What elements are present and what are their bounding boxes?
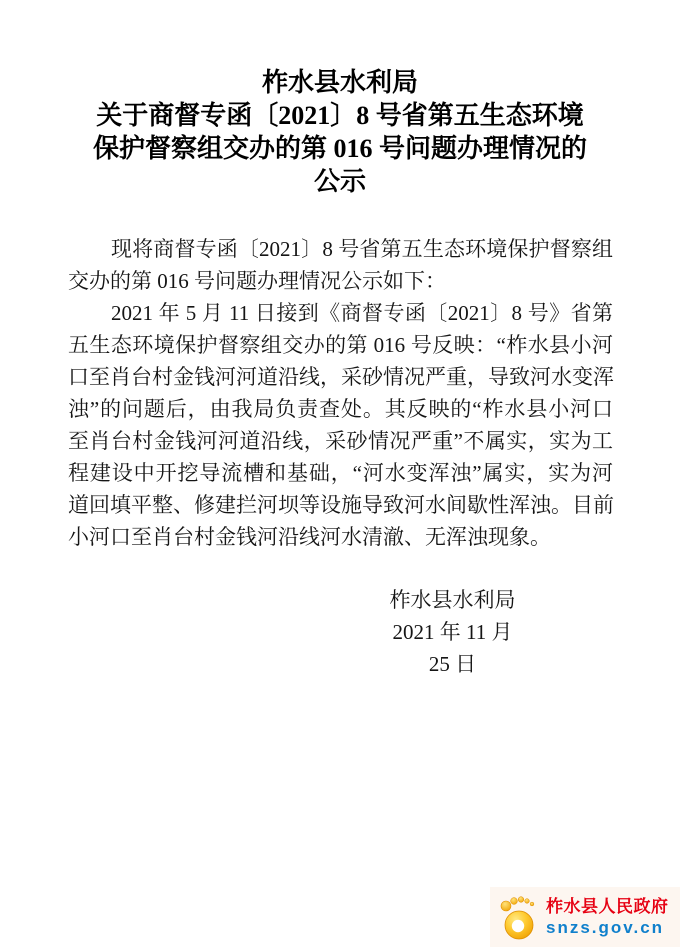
title-line: 柞水县水利局 [40,66,640,99]
body-line: 口至肖台村金钱河河道沿线，采砂情况严重，导致河水变浑 [68,361,613,393]
signature-org: 柞水县水利局 [380,584,525,616]
body-line: 程建设中开挖导流槽和基础，“河水变浑浊”属实，实为河 [68,457,613,489]
body-line: 2021 年 5 月 11 日接到《商督专函〔2021〕8 号》省第 [68,297,613,329]
document-title: 柞水县水利局 关于商督专函〔2021〕8 号省第五生态环境 保护督察组交办的第 … [40,66,640,198]
body-line: 现将商督专函〔2021〕8 号省第五生态环境保护督察组 [68,233,613,265]
signature-block: 柞水县水利局 2021 年 11 月 25 日 [380,584,525,680]
body-line: 至肖台村金钱河河道沿线，采砂情况严重”不属实，实为工 [68,425,613,457]
gov-site-url: snzs.gov.cn [546,917,669,939]
gov-site-name: 柞水县人民政府 [546,896,669,917]
paragraph-1: 现将商督专函〔2021〕8 号省第五生态环境保护督察组 交办的第 016 号问题… [68,233,613,297]
body-line: 五生态环境保护督察组交办的第 016 号反映：“柞水县小河 [68,329,613,361]
watermark-text: 柞水县人民政府 snzs.gov.cn [546,896,669,939]
title-line: 关于商督专函〔2021〕8 号省第五生态环境 [40,99,640,132]
gov-watermark-badge: 柞水县人民政府 snzs.gov.cn [490,887,680,947]
document-body: 现将商督专函〔2021〕8 号省第五生态环境保护督察组 交办的第 016 号问题… [68,233,613,553]
footprint-logo-icon [498,894,536,940]
title-line: 保护督察组交办的第 016 号问题办理情况的 [40,132,640,165]
body-line: 浊”的问题后，由我局负责查处。其反映的“柞水县小河口 [68,393,613,425]
signature-date: 2021 年 11 月 25 日 [380,616,525,680]
body-line: 交办的第 016 号问题办理情况公示如下： [68,265,613,297]
body-line: 道回填平整、修建拦河坝等设施导致河水间歇性浑浊。目前 [68,489,613,521]
title-line: 公示 [40,165,640,198]
body-line: 小河口至肖台村金钱河沿线河水清澈、无浑浊现象。 [68,521,613,553]
paragraph-2: 2021 年 5 月 11 日接到《商督专函〔2021〕8 号》省第 五生态环境… [68,297,613,553]
